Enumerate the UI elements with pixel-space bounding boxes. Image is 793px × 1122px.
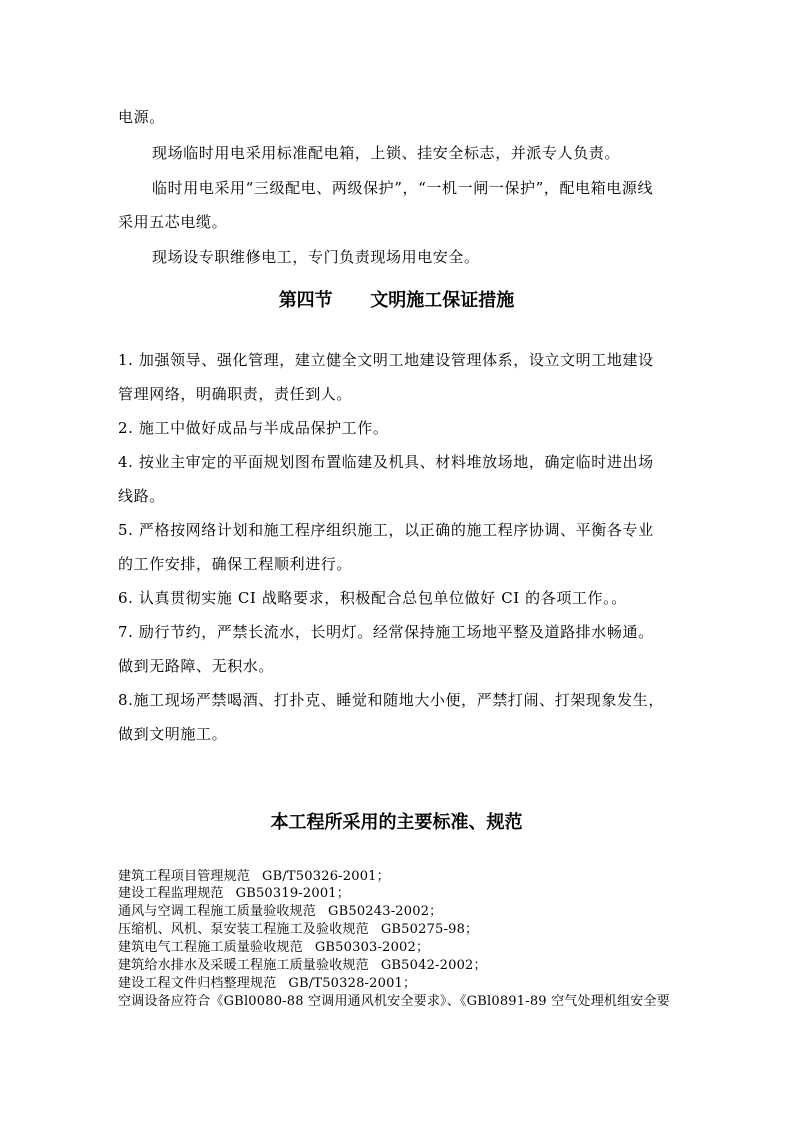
standard-name: 建设工程文件归档整理规范 [118,976,276,991]
paragraph-line: 采用五芯电缆。 [118,213,227,231]
standard-code: GB5042-2002； [381,958,487,973]
list-item-line: 8.施工现场严禁喝酒、打扑克、睡觉和随地大小便，严禁打闹、打架现象发生， [118,691,664,709]
standard-name: 建筑电气工程施工质量验收规范 [118,940,303,955]
list-item-line: 做到无路障、无积水。 [118,657,274,675]
list-item-line: 线路。 [118,487,165,505]
standard-item: 建设工程监理规范GB50319-2001； [118,886,350,902]
list-item-line: 5. 严格按网络计划和施工程序组织施工，以正确的施工程序协调、平衡各专业 [118,521,654,539]
standard-code: GB/T50328-2001； [288,976,416,991]
standard-item: 建筑电气工程施工质量验收规范GB50303-2002； [118,940,429,956]
standard-item: 建筑给水排水及采暖工程施工质量验收规范GB5042-2002； [118,958,487,974]
standard-note: 空调设备应符合《GBl0080-88 空调用通风机安全要求》、《GBl0891-… [118,994,670,1010]
standard-code: GB/T50326-2001； [262,869,390,884]
list-item-line: 7. 励行节约，严禁长流水，长明灯。经常保持施工场地平整及道路排水畅通。 [118,623,654,641]
section-heading: 第四节 文明施工保证措施 [0,290,793,312]
list-item-line: 做到文明施工。 [118,725,227,743]
paragraph-line: 现场设专职维修电工，专门负责现场用电安全。 [152,248,480,266]
paragraph-line: 现场临时用电采用标准配电箱，上锁、挂安全标志，并派专人负责。 [152,144,620,162]
list-item-line: 2. 施工中做好成品与半成品保护工作。 [118,419,388,437]
standard-name: 通风与空调工程施工质量验收规范 [118,904,316,919]
paragraph-line: 临时用电采用“三级配电、两级保护”，“一机一闸一保护”，配电箱电源线 [152,179,653,197]
standard-item: 通风与空调工程施工质量验收规范GB50243-2002； [118,904,442,920]
standard-name: 建筑工程项目管理规范 [118,869,250,884]
list-item-line: 1. 加强领导、强化管理，建立健全文明工地建设管理体系，设立文明工地建设 [118,351,654,369]
list-item-line: 6. 认真贯彻实施 CI 战略要求，积极配合总包单位做好 CI 的各项工作。。 [118,589,627,607]
standard-code: GB50243-2002； [328,904,442,919]
standard-name: 压缩机、风机、泵安装工程施工及验收规范 [118,922,369,937]
standard-code: GB50319-2001； [236,886,350,901]
list-item-line: 的工作安排，确保工程顺利进行。 [118,555,352,573]
standard-code: GB50275-98； [381,922,478,937]
standard-name: 建设工程监理规范 [118,886,224,901]
document-page: 电源。 现场临时用电采用标准配电箱，上锁、挂安全标志，并派专人负责。 临时用电采… [0,0,793,1122]
list-item-line: 管理网络，明确职责，责任到人。 [118,385,352,403]
standard-item: 建设工程文件归档整理规范GB/T50328-2001； [118,976,416,992]
standard-code: GB50303-2002； [315,940,429,955]
list-item-line: 4. 按业主审定的平面规划图布置临建及机具、材料堆放场地，确定临时进出场 [118,453,654,471]
standard-name: 建筑给水排水及采暖工程施工质量验收规范 [118,958,369,973]
paragraph-line: 电源。 [118,108,165,126]
standard-item: 建筑工程项目管理规范GB/T50326-2001； [118,869,390,885]
standard-item: 压缩机、风机、泵安装工程施工及验收规范GB50275-98； [118,922,478,938]
standards-heading: 本工程所采用的主要标准、规范 [0,812,793,834]
